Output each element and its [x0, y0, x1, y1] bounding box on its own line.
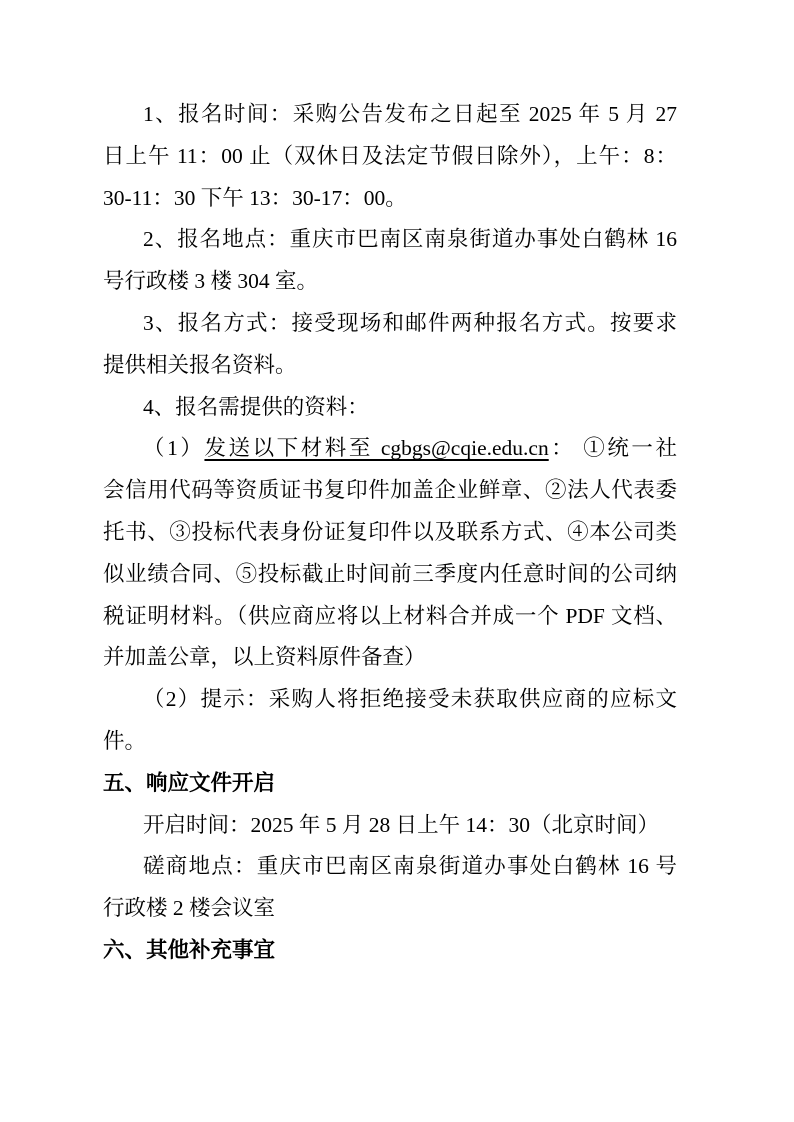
body-line-registration-time-1: 1、报名时间：采购公告发布之日起至 2025 年 5 月 27	[103, 94, 677, 136]
body-line-materials-heading: 4、报名需提供的资料：	[103, 387, 677, 429]
materials-item1-prefix: （1）	[143, 436, 204, 460]
body-line-registration-time-3: 30-11：30 下午 13：30-17：00。	[103, 178, 677, 220]
document-body: 1、报名时间：采购公告发布之日起至 2025 年 5 月 27 日上午 11：0…	[103, 94, 677, 972]
body-line-materials-item1-line2: 会信用代码等资质证书复印件加盖企业鲜章、②法人代表委	[103, 470, 677, 512]
section-heading-5-response-file-opening: 五、响应文件开启	[103, 763, 677, 805]
body-line-registration-time-2: 日上午 11：00 止（双休日及法定节假日除外），上午：8：	[103, 136, 677, 178]
body-line-registration-method-1: 3、报名方式：接受现场和邮件两种报名方式。按要求	[103, 303, 677, 345]
body-line-registration-place-1: 2、报名地点：重庆市巴南区南泉街道办事处白鹤林 16	[103, 219, 677, 261]
body-line-materials-item1-line4: 似业绩合同、⑤投标截止时间前三季度内任意时间的公司纳	[103, 554, 677, 596]
body-line-materials-item1-line6: 并加盖公章，以上资料原件备查）	[103, 637, 677, 679]
body-line-materials-item1-line5: 税证明材料。（供应商应将以上材料合并成一个 PDF 文档、	[103, 596, 677, 638]
materials-item1-suffix: ： ①统一社	[549, 436, 677, 460]
body-line-materials-item2-line1: （2）提示：采购人将拒绝接受未获取供应商的应标文	[103, 679, 677, 721]
body-line-negotiation-place-1: 磋商地点：重庆市巴南区南泉街道办事处白鹤林 16 号	[103, 846, 677, 888]
body-line-registration-place-2: 号行政楼 3 楼 304 室。	[103, 261, 677, 303]
section-heading-6-other-supplementary: 六、其他补充事宜	[103, 930, 677, 972]
body-line-registration-method-2: 提供相关报名资料。	[103, 345, 677, 387]
body-line-materials-item1-line1: （1）发送以下材料至 cgbgs@cqie.edu.cn： ①统一社	[103, 428, 677, 470]
email-instruction-underlined: 发送以下材料至 cgbgs@cqie.edu.cn	[204, 436, 548, 460]
body-line-negotiation-place-2: 行政楼 2 楼会议室	[103, 888, 677, 930]
body-line-materials-item2-line2: 件。	[103, 721, 677, 763]
document-page: 1、报名时间：采购公告发布之日起至 2025 年 5 月 27 日上午 11：0…	[0, 0, 794, 1122]
body-line-materials-item1-line3: 托书、③投标代表身份证复印件以及联系方式、④本公司类	[103, 512, 677, 554]
body-line-opening-time: 开启时间：2025 年 5 月 28 日上午 14：30（北京时间）	[103, 805, 677, 847]
